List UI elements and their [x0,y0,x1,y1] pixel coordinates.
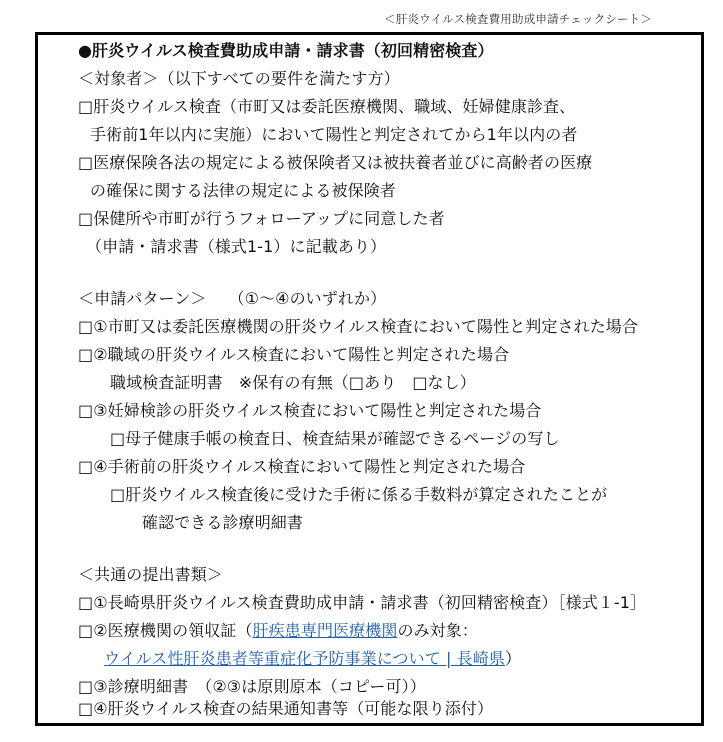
common-doc-item-2-continuation: ウイルス性肝炎患者等重症化予防事業について | 長崎県） [104,649,521,669]
checklist-box: ●肝炎ウイルス検査費助成申請・請求書（初回精密検査） ＜対象者＞（以下すべての要… [35,32,704,726]
common-doc-item-4: □④肝炎ウイルス検査の結果通知書等（可能な限り添付） [78,699,493,719]
patterns-heading: ＜申請パターン＞（①～④のいずれか） [78,289,386,309]
eligibility-item-1-continuation: 手術前1年以内に実施）において陽性と判定されてから1年以内の者 [90,125,577,145]
item-text-before: ②医療機関の領収証（ [93,621,252,640]
checkbox[interactable]: □ [78,153,93,173]
item-text: ③診療明細書 （②③は原則原本（コピー可）） [93,677,426,696]
checkbox[interactable]: □ [78,621,93,641]
option-yes-checkbox[interactable]: □あり [349,373,396,393]
pattern-item-4-sub: □肝炎ウイルス検査後に受けた手術に係る手数料が算定されたことが [110,485,607,505]
common-doc-item-1: □①長崎県肝炎ウイルス検査費助成申請・請求書（初回精密検査）［様式１-1］ [78,593,646,613]
sub-text: 母子健康手帳の検査日、検査結果が確認できるページの写し [125,429,559,448]
patterns-heading-label: ＜申請パターン＞ [78,289,206,308]
patterns-heading-note: （①～④のいずれか） [228,289,386,308]
liver-specialist-institutions-link[interactable]: 肝疾患専門医療機関 [253,621,398,640]
checkbox[interactable]: □ [110,429,125,449]
pattern-item-1: □①市町又は委託医療機関の肝炎ウイルス検査において陽性と判定された場合 [78,317,638,337]
checkbox[interactable]: □ [78,457,93,477]
eligibility-item-3: □保健所や市町が行うフォローアップに同意した者 [78,209,445,229]
checkbox[interactable]: □ [110,485,125,505]
checkbox[interactable]: □ [78,593,93,613]
sub-close: ） [460,373,476,392]
item-text: 医療保険各法の規定による被保険者又は被扶養者並びに高齢者の医療 [93,153,592,172]
sub-text: 職域検査証明書 ※保有の有無（ [110,373,349,392]
checkbox[interactable]: □ [78,401,93,421]
eligibility-heading: ＜対象者＞（以下すべての要件を満たす方） [78,69,400,89]
eligibility-item-2-continuation: の確保に関する法律の規定による被保険者 [90,181,396,201]
item-text: ①市町又は委託医療機関の肝炎ウイルス検査において陽性と判定された場合 [93,317,638,336]
item-text: ③妊婦検診の肝炎ウイルス検査において陽性と判定された場合 [93,401,541,420]
sheet-caption: ＜肝炎ウイルス検査費用助成申請チェックシート＞ [384,11,652,27]
viral-hepatitis-prevention-link[interactable]: ウイルス性肝炎患者等重症化予防事業について | 長崎県 [104,649,505,668]
checkbox[interactable]: □ [78,209,93,229]
common-doc-item-2: □②医療機関の領収証（肝疾患専門医療機関のみ対象： [78,621,478,641]
item-close: ） [505,649,521,668]
common-doc-item-3: □③診療明細書 （②③は原則原本（コピー可）） [78,677,426,697]
item-text: 肝炎ウイルス検査（市町又は委託医療機関、職域、妊婦健康診査、 [93,97,575,116]
item-text: ②職域の肝炎ウイルス検査において陽性と判定された場合 [93,345,509,364]
pattern-item-2: □②職域の肝炎ウイルス検査において陽性と判定された場合 [78,345,509,365]
checkbox[interactable]: □ [78,677,93,697]
item-text: ④手術前の肝炎ウイルス検査において陽性と判定された場合 [93,457,525,476]
pattern-item-3-sub: □母子健康手帳の検査日、検査結果が確認できるページの写し [110,429,560,449]
sub-text: 肝炎ウイルス検査後に受けた手術に係る手数料が算定されたことが [125,485,607,504]
checkbox[interactable]: □ [78,699,93,719]
checkbox[interactable]: □ [78,345,93,365]
document-title: ●肝炎ウイルス検査費助成申請・請求書（初回精密検査） [78,41,494,61]
pattern-item-4-sub-continuation: 確認できる診療明細書 [142,513,303,533]
eligibility-item-1: □肝炎ウイルス検査（市町又は委託医療機関、職域、妊婦健康診査、 [78,97,575,117]
checkbox[interactable]: □ [78,97,93,117]
checkbox[interactable]: □ [78,317,93,337]
common-docs-heading: ＜共通の提出書類＞ [78,565,223,585]
eligibility-item-3-continuation: （申請・請求書（様式1-1）に記載あり） [86,237,386,257]
pattern-item-3: □③妊婦検診の肝炎ウイルス検査において陽性と判定された場合 [78,401,541,421]
eligibility-item-2: □医療保険各法の規定による被保険者又は被扶養者並びに高齢者の医療 [78,153,592,173]
item-text: 保健所や市町が行うフォローアップに同意した者 [93,209,444,228]
item-text: ④肝炎ウイルス検査の結果通知書等（可能な限り添付） [93,699,493,718]
pattern-item-2-sub: 職域検査証明書 ※保有の有無（□あり□なし） [110,373,476,393]
item-text-after: のみ対象： [397,621,478,640]
pattern-item-4: □④手術前の肝炎ウイルス検査において陽性と判定された場合 [78,457,525,477]
item-text: ①長崎県肝炎ウイルス検査費助成申請・請求書（初回精密検査）［様式１-1］ [93,593,646,612]
option-no-checkbox[interactable]: □なし [412,373,459,393]
